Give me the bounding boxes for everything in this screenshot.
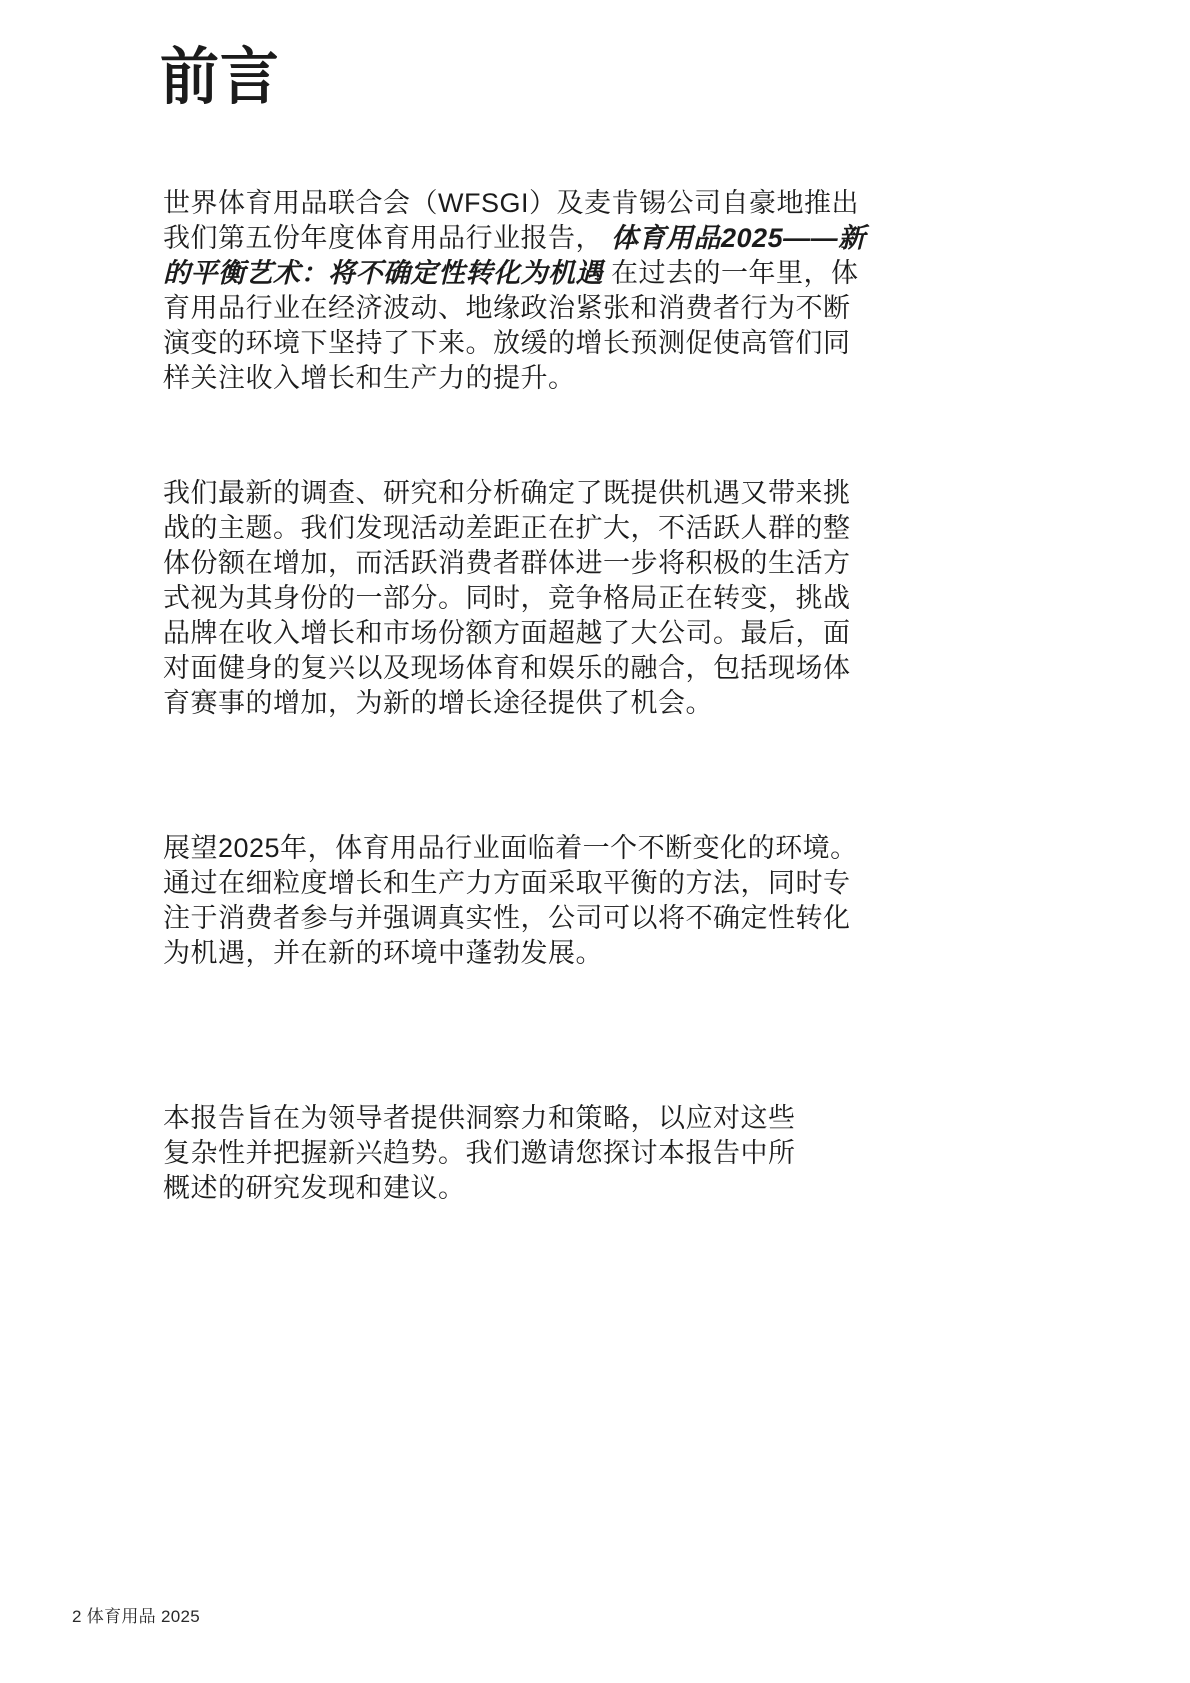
intro-paragraph: 世界体育用品联合会（WFSGI）及麦肯锡公司自豪地推出我们第五份年度体育用品行业… — [163, 186, 869, 396]
purpose-paragraph: 本报告旨在为领导者提供洞察力和策略，以应对这些复杂性并把握新兴趋势。我们邀请您探… — [163, 1101, 815, 1206]
findings-paragraph: 我们最新的调查、研究和分析确定了既提供机遇又带来挑战的主题。我们发现活动差距正在… — [163, 476, 869, 721]
page-footer: 2 体育用品 2025 — [72, 1606, 200, 1628]
page-title: 前言 — [160, 42, 280, 113]
outlook-paragraph: 展望2025年，体育用品行业面临着一个不断变化的环境。通过在细粒度增长和生产力方… — [163, 831, 869, 971]
document-page: 前言 世界体育用品联合会（WFSGI）及麦肯锡公司自豪地推出我们第五份年度体育用… — [0, 0, 1190, 1683]
